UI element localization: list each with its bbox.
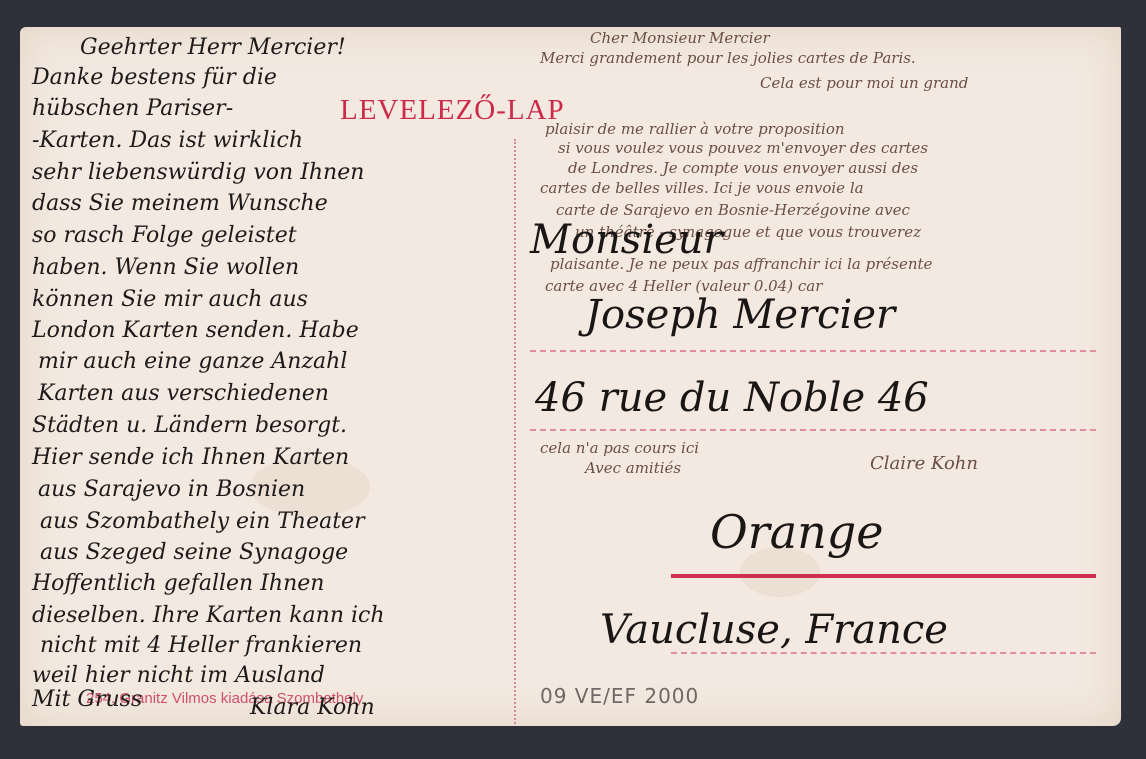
pencil-catalog-note: 09 VE/EF 2000 [540, 684, 699, 708]
handwritten-line: aus Szombathely ein Theater [40, 509, 365, 534]
handwritten-line: haben. Wenn Sie wollen [32, 255, 299, 280]
address-region: Vaucluse, France [600, 607, 948, 653]
french-line: si vous voulez vous pouvez m'envoyer des… [558, 139, 928, 157]
french-line: Cher Monsieur Mercier [590, 29, 770, 47]
address-line-1 [530, 350, 1096, 352]
french-line: cartes de belles villes. Ici je vous env… [540, 179, 864, 197]
handwritten-line: aus Sarajevo in Bosnien [38, 477, 305, 502]
address-line-2 [530, 429, 1096, 431]
handwritten-line: so rasch Folge geleistet [32, 223, 297, 248]
signature-claire: Claire Kohn [870, 453, 978, 474]
address-city: Orange [710, 505, 883, 559]
french-line: Merci grandement pour les jolies cartes … [540, 49, 916, 67]
handwritten-line: Geehrter Herr Mercier! [80, 35, 346, 60]
handwritten-line: mir auch eine ganze Anzahl [38, 349, 347, 374]
handwritten-line: Hier sende ich Ihnen Karten [32, 445, 349, 470]
handwritten-line: können Sie mir auch aus [32, 287, 308, 312]
address-salutation: Monsieur [530, 217, 723, 263]
handwritten-line: dass Sie meinem Wunsche [32, 191, 328, 216]
handwritten-line: Karten aus verschiedenen [38, 381, 329, 406]
vertical-divider [514, 139, 516, 724]
handwritten-line: Danke bestens für die [32, 65, 277, 90]
address-line-3 [671, 652, 1096, 654]
postcard: LEVELEZŐ-LAP 254. Granitz Vilmos kiadása… [20, 27, 1121, 726]
handwritten-line: aus Szeged seine Synagoge [40, 540, 348, 565]
handwritten-line: London Karten senden. Habe [32, 318, 359, 343]
signature-klara: Klara Kohn [250, 695, 375, 720]
handwritten-line: sehr liebenswürdig von Ihnen [32, 160, 364, 185]
handwritten-line: weil hier nicht im Ausland [32, 663, 325, 688]
handwritten-line: Hoffentlich gefallen Ihnen [32, 571, 324, 596]
handwritten-line: nicht mit 4 Heller frankieren [40, 633, 362, 658]
postcard-title: LEVELEZŐ-LAP [340, 94, 565, 127]
french-line: de Londres. Je compte vous envoyer aussi… [568, 159, 918, 177]
address-name: Joseph Mercier [585, 292, 895, 338]
handwritten-line: Mit Gruss [32, 687, 142, 712]
address-street: 46 rue du Noble 46 [535, 375, 929, 421]
french-line: cela n'a pas cours ici [540, 439, 699, 457]
french-line: plaisir de me rallier à votre propositio… [545, 120, 845, 138]
french-line: Avec amitiés [585, 459, 681, 477]
french-line: Cela est pour moi un grand [760, 74, 968, 92]
handwritten-line: Städten u. Ländern besorgt. [32, 413, 347, 438]
city-underline [671, 574, 1096, 578]
handwritten-line: hübschen Pariser- [32, 96, 233, 121]
handwritten-line: -Karten. Das ist wirklich [32, 128, 303, 153]
handwritten-line: dieselben. Ihre Karten kann ich [32, 603, 385, 628]
